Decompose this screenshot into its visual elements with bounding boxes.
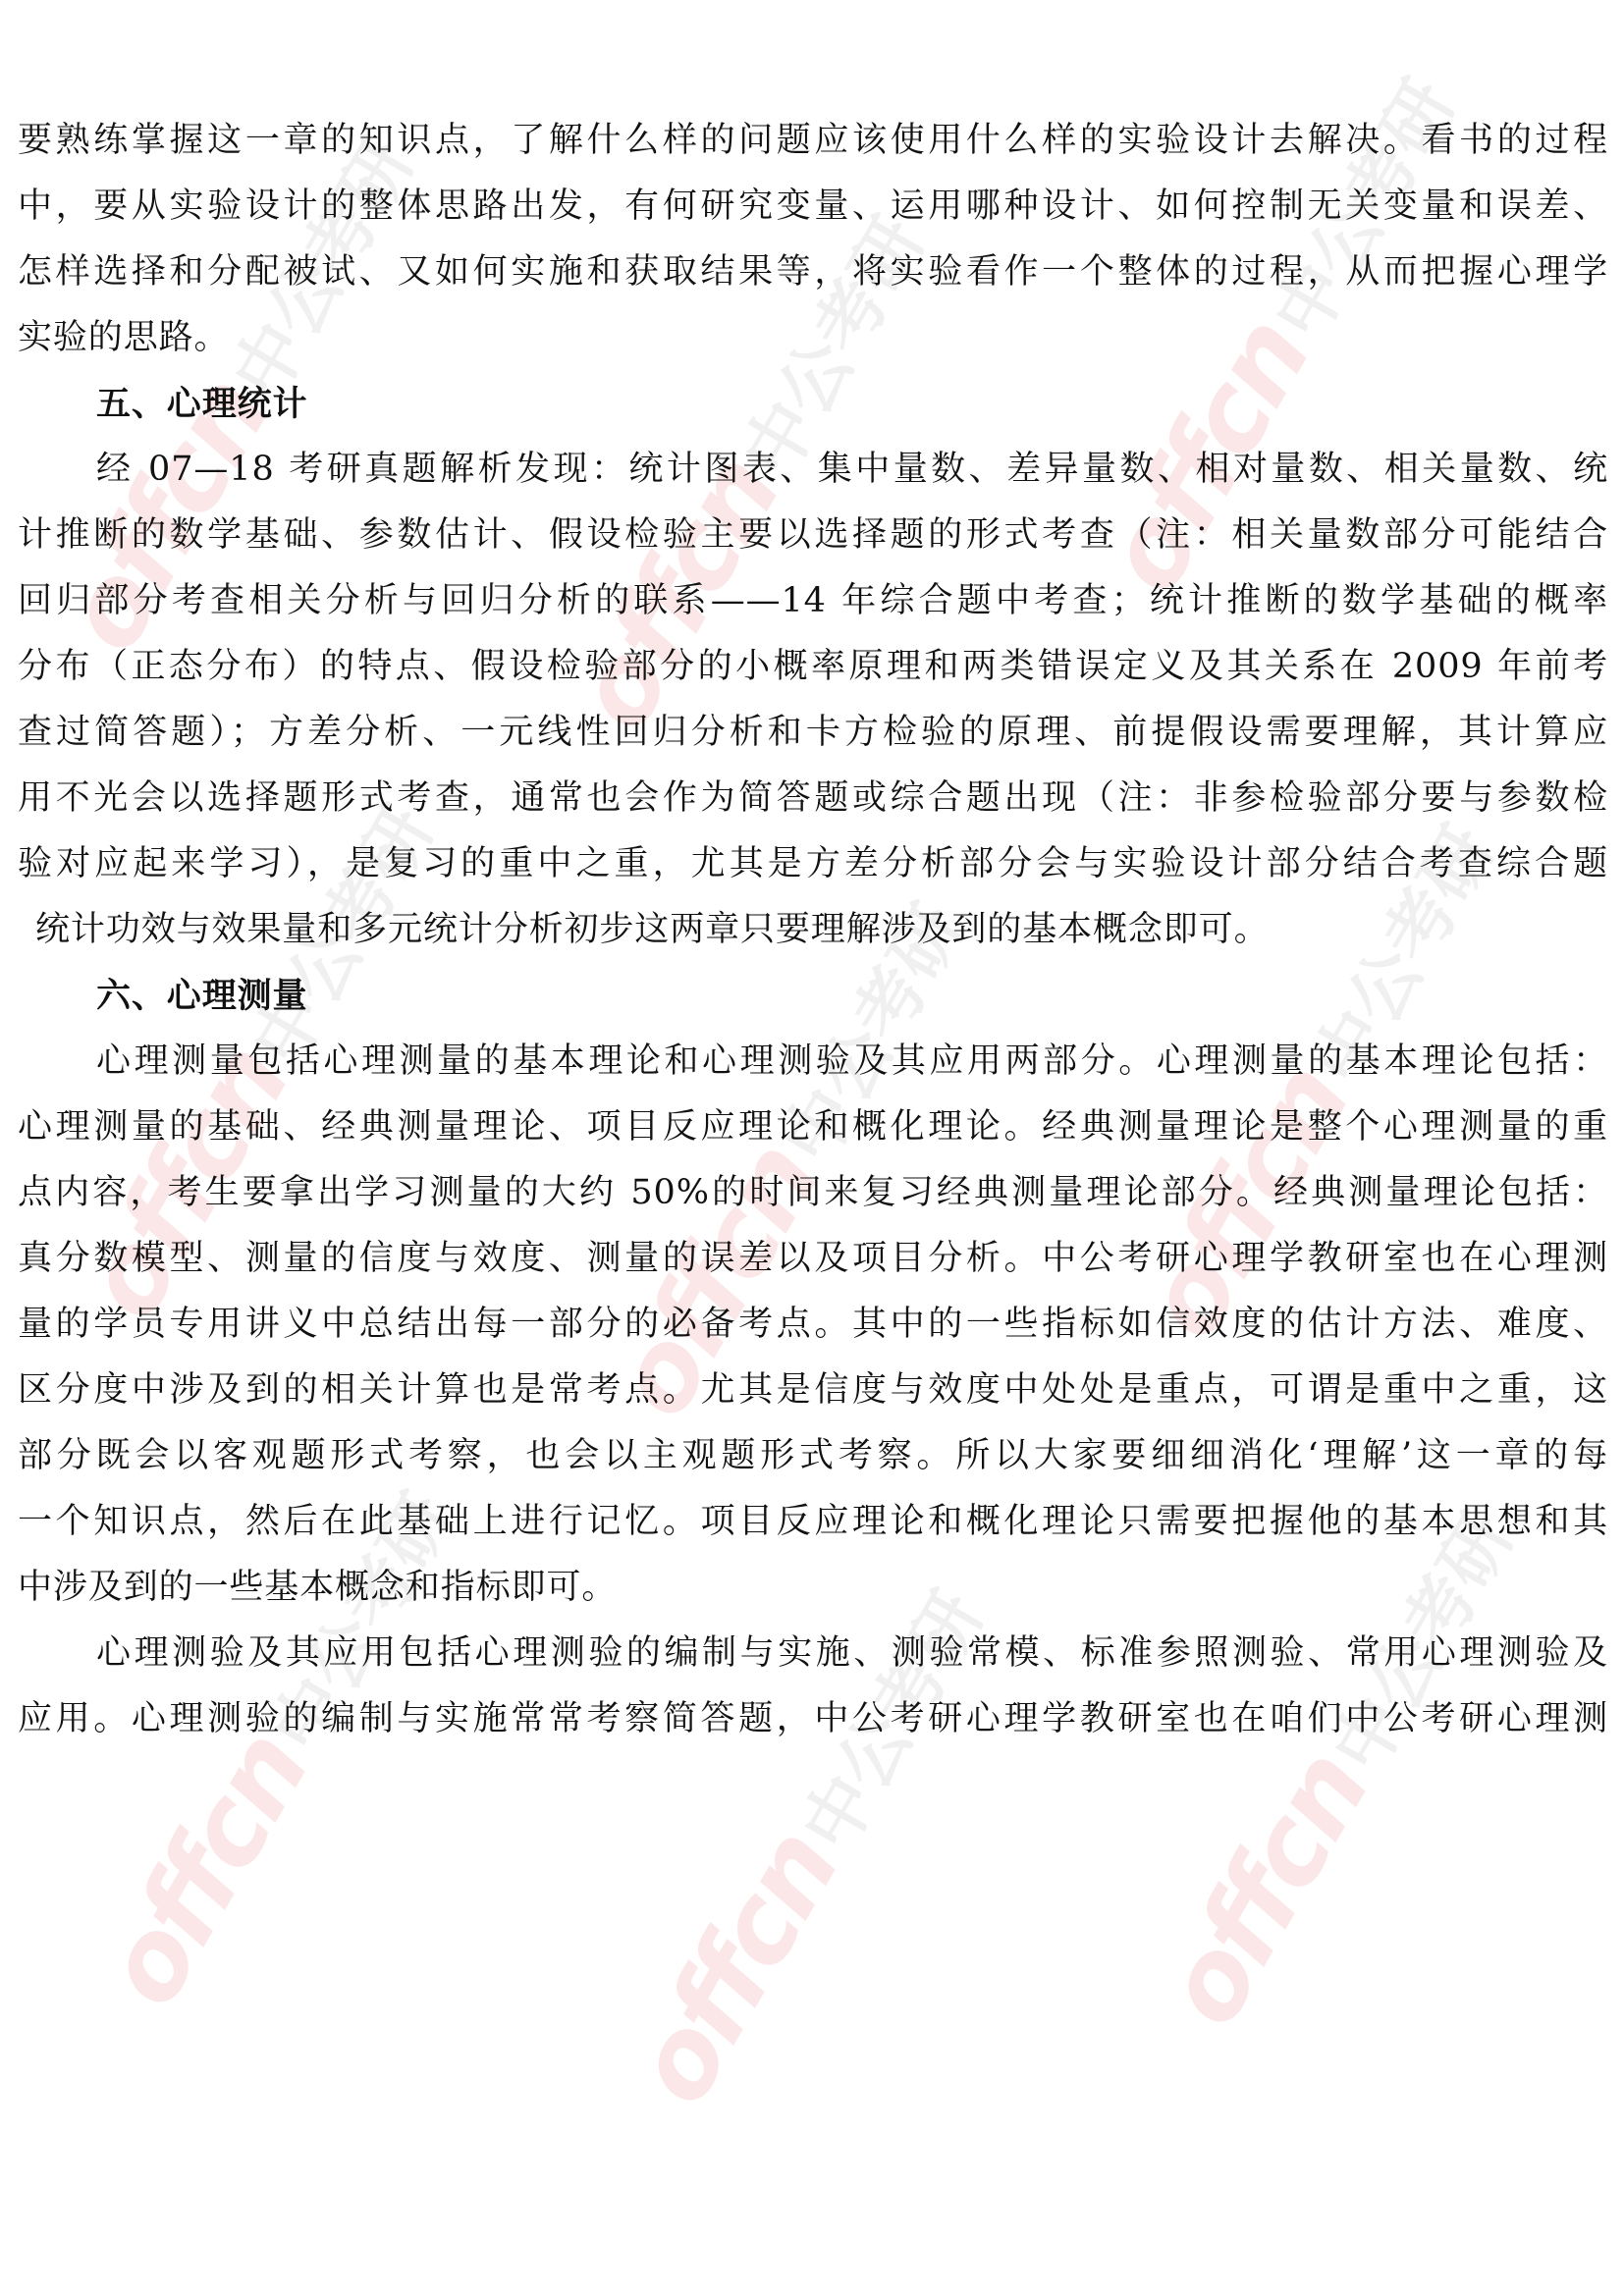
text-line: 统计功效与效果量和多元统计分析初步这两章只要理解涉及到的基本概念即可。 [18,897,1608,963]
measurement-paragraph-2: 心理测验及其应用包括心理测验的编制与实施、测验常模、标准参照测验、常用心理测验及… [18,1621,1608,1752]
statistics-paragraph: 经 07—18 考研真题解析发现：统计图表、集中量数、差异量数、相对量数、相关量… [18,437,1608,963]
text-line: 计推断的数学基础、参数估计、假设检验主要以选择题的形式考查（注：相关量数部分可能… [18,503,1608,568]
text-line: 查过简答题）；方差分析、一元线性回归分析和卡方检验的原理、前提假设需要理解，其计… [18,700,1608,766]
text-line: 真分数模型、测量的信度与效度、测量的误差以及项目分析。中公考研心理学教研室也在心… [18,1226,1608,1292]
text-line: 心理测验及其应用包括心理测验的编制与实施、测验常模、标准参照测验、常用心理测验及 [18,1621,1608,1686]
text-line: 量的学员专用讲义中总结出每一部分的必备考点。其中的一些指标如信效度的估计方法、难… [18,1292,1608,1358]
text-line: 验对应起来学习），是复习的重中之重，尤其是方差分析部分会与实验设计部分结合考查综… [18,831,1608,897]
text-line: 心理测量包括心理测量的基本理论和心理测验及其应用两部分。心理测量的基本理论包括： [18,1029,1608,1095]
text-line: 区分度中涉及到的相关计算也是常考点。尤其是信度与效度中处处是重点，可谓是重中之重… [18,1358,1608,1423]
text-line: 实验的思路。 [18,305,1608,371]
text-line: 一个知识点，然后在此基础上进行记忆。项目反应理论和概化理论只需要把握他的基本思想… [18,1489,1608,1555]
section-heading-statistics: 五、心理统计 [18,371,1608,437]
text-line: 部分既会以客观题形式考察，也会以主观题形式考察。所以大家要细细消化‘理解’这一章… [18,1423,1608,1489]
text-line: 点内容，考生要拿出学习测量的大约 50%的时间来复习经典测量理论部分。经典测量理… [18,1160,1608,1226]
document-page: 要熟练掌握这一章的知识点，了解什么样的问题应该使用什么样的实验设计去解决。看书的… [18,108,1608,1752]
text-line: 要熟练掌握这一章的知识点，了解什么样的问题应该使用什么样的实验设计去解决。看书的… [18,108,1608,174]
intro-paragraph: 要熟练掌握这一章的知识点，了解什么样的问题应该使用什么样的实验设计去解决。看书的… [18,108,1608,371]
text-line: 怎样选择和分配被试、又如何实施和获取结果等，将实验看作一个整体的过程，从而把握心… [18,240,1608,305]
text-line: 中涉及到的一些基本概念和指标即可。 [18,1555,1608,1621]
text-line: 回归部分考查相关分析与回归分析的联系——14 年综合题中考查；统计推断的数学基础… [18,568,1608,634]
measurement-paragraph-1: 心理测量包括心理测量的基本理论和心理测验及其应用两部分。心理测量的基本理论包括：… [18,1029,1608,1621]
text-line: 用不光会以选择题形式考查，通常也会作为简答题或综合题出现（注：非参检验部分要与参… [18,766,1608,831]
text-line: 经 07—18 考研真题解析发现：统计图表、集中量数、差异量数、相对量数、相关量… [18,437,1608,503]
text-line: 应用。心理测验的编制与实施常常考察简答题，中公考研心理学教研室也在咱们中公考研心… [18,1686,1608,1752]
text-line: 分布（正态分布）的特点、假设检验部分的小概率原理和两类错误定义及其关系在 200… [18,634,1608,700]
text-line: 中，要从实验设计的整体思路出发，有何研究变量、运用哪种设计、如何控制无关变量和误… [18,174,1608,240]
section-heading-measurement: 六、心理测量 [18,963,1608,1029]
text-line: 心理测量的基础、经典测量理论、项目反应理论和概化理论。经典测量理论是整个心理测量… [18,1095,1608,1160]
